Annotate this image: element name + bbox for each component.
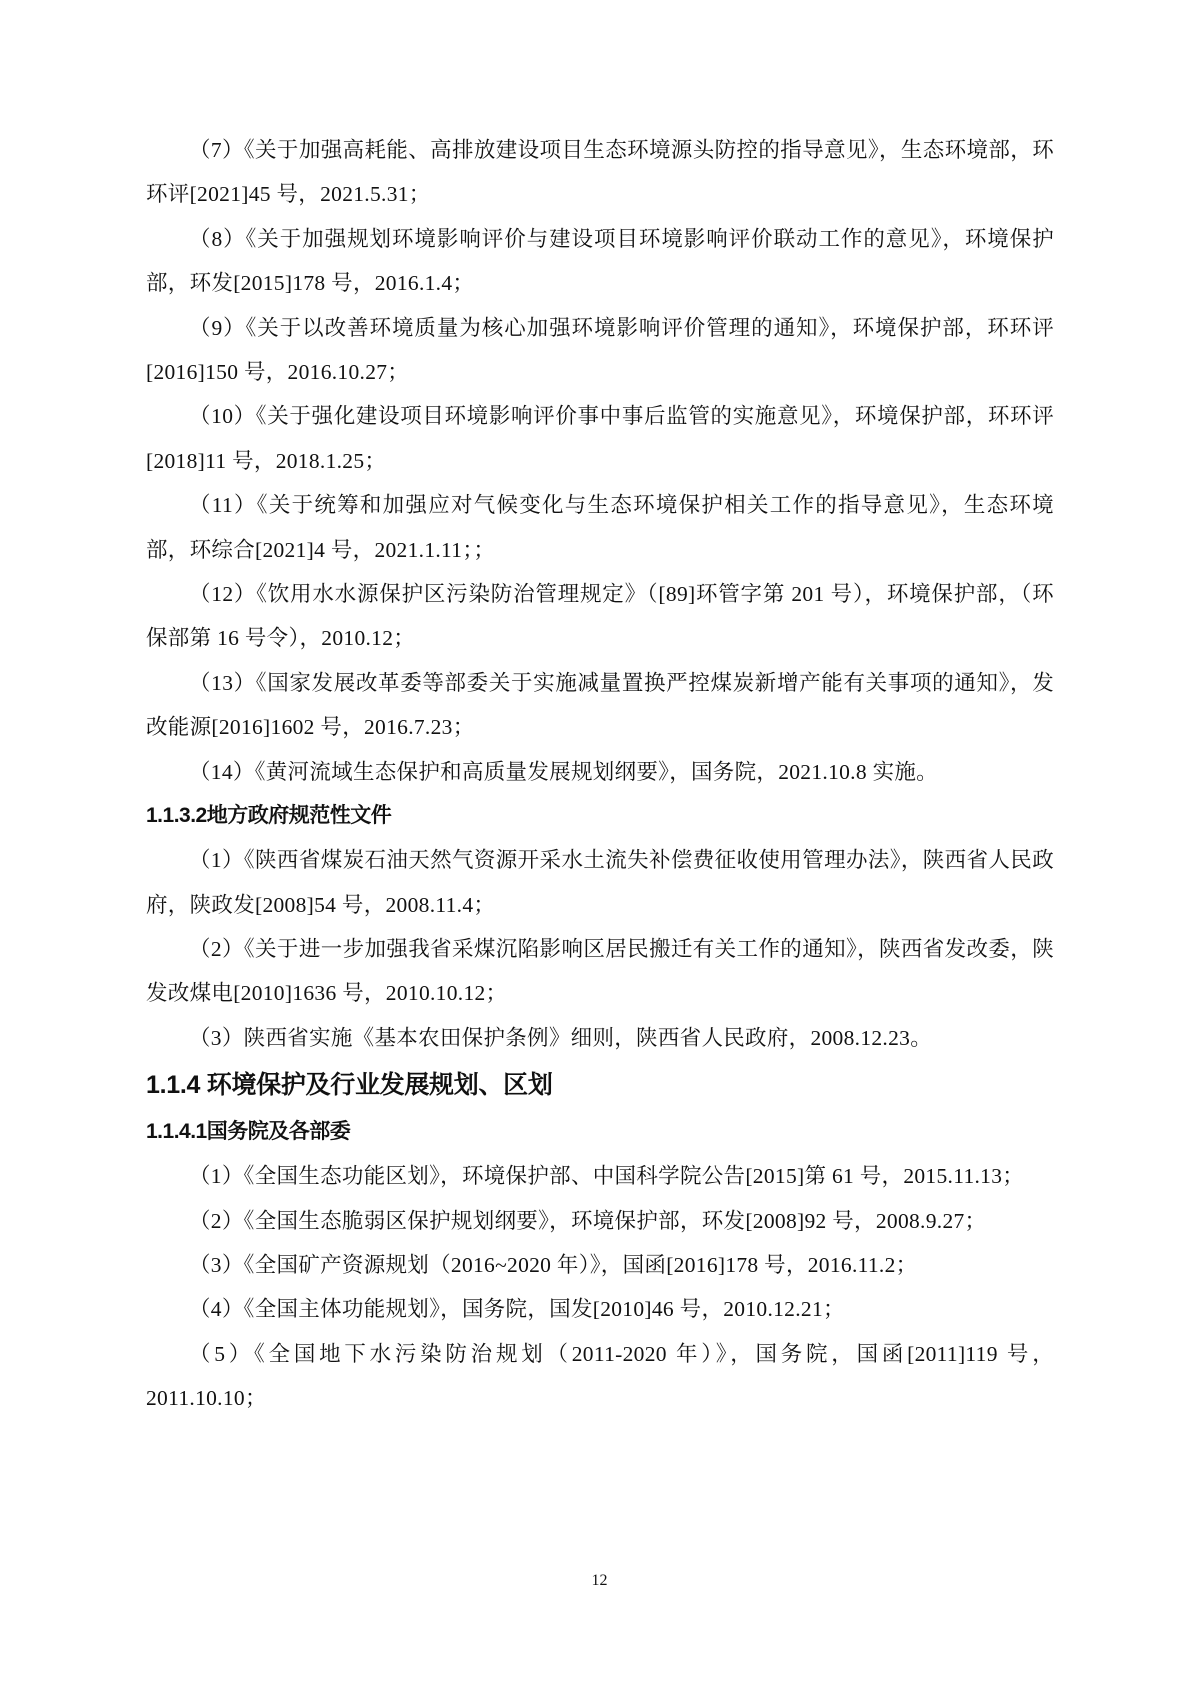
list-item: （10）《关于强化建设项目环境影响评价事中事后监管的实施意见》，环境保护部，环环… bbox=[146, 394, 1054, 483]
list-item: （1）《全国生态功能区划》，环境保护部、中国科学院公告[2015]第 61 号，… bbox=[146, 1154, 1054, 1198]
section-heading-1-1-4-1: 1.1.4.1国务院及各部委 bbox=[146, 1110, 1054, 1154]
list-item: （14）《黄河流域生态保护和高质量发展规划纲要》，国务院，2021.10.8 实… bbox=[146, 750, 1054, 794]
document-page: （7）《关于加强高耗能、高排放建设项目生态环境源头防控的指导意见》，生态环境部，… bbox=[0, 0, 1199, 1696]
list-item: （9）《关于以改善环境质量为核心加强环境影响评价管理的通知》，环境保护部，环环评… bbox=[146, 306, 1054, 395]
list-item: （8）《关于加强规划环境影响评价与建设项目环境影响评价联动工作的意见》，环境保护… bbox=[146, 217, 1054, 306]
list-item: （3）《全国矿产资源规划（2016~2020 年）》，国函[2016]178 号… bbox=[146, 1243, 1054, 1287]
list-item: （3）陕西省实施《基本农田保护条例》细则，陕西省人民政府，2008.12.23。 bbox=[146, 1016, 1054, 1060]
list-item: （7）《关于加强高耗能、高排放建设项目生态环境源头防控的指导意见》，生态环境部，… bbox=[146, 128, 1054, 217]
section-heading-1-1-4: 1.1.4 环境保护及行业发展规划、区划 bbox=[146, 1060, 1054, 1110]
list-item: （13）《国家发展改革委等部委关于实施减量置换严控煤炭新增产能有关事项的通知》，… bbox=[146, 661, 1054, 750]
list-item: （12）《饮用水水源保护区污染防治管理规定》（[89]环管字第 201 号），环… bbox=[146, 572, 1054, 661]
list-item: （5）《全国地下水污染防治规划（2011-2020 年）》，国务院，国函[201… bbox=[146, 1332, 1054, 1421]
list-item: （4）《全国主体功能规划》，国务院，国发[2010]46 号，2010.12.2… bbox=[146, 1287, 1054, 1331]
list-item: （2）《全国生态脆弱区保护规划纲要》，环境保护部，环发[2008]92 号，20… bbox=[146, 1199, 1054, 1243]
page-number: 12 bbox=[0, 1572, 1199, 1590]
list-item: （1）《陕西省煤炭石油天然气资源开采水土流失补偿费征收使用管理办法》，陕西省人民… bbox=[146, 838, 1054, 927]
list-item: （11）《关于统筹和加强应对气候变化与生态环境保护相关工作的指导意见》，生态环境… bbox=[146, 483, 1054, 572]
list-item: （2）《关于进一步加强我省采煤沉陷影响区居民搬迁有关工作的通知》，陕西省发改委，… bbox=[146, 927, 1054, 1016]
page-content: （7）《关于加强高耗能、高排放建设项目生态环境源头防控的指导意见》，生态环境部，… bbox=[146, 128, 1054, 1421]
section-heading-1-1-3-2: 1.1.3.2地方政府规范性文件 bbox=[146, 794, 1054, 838]
